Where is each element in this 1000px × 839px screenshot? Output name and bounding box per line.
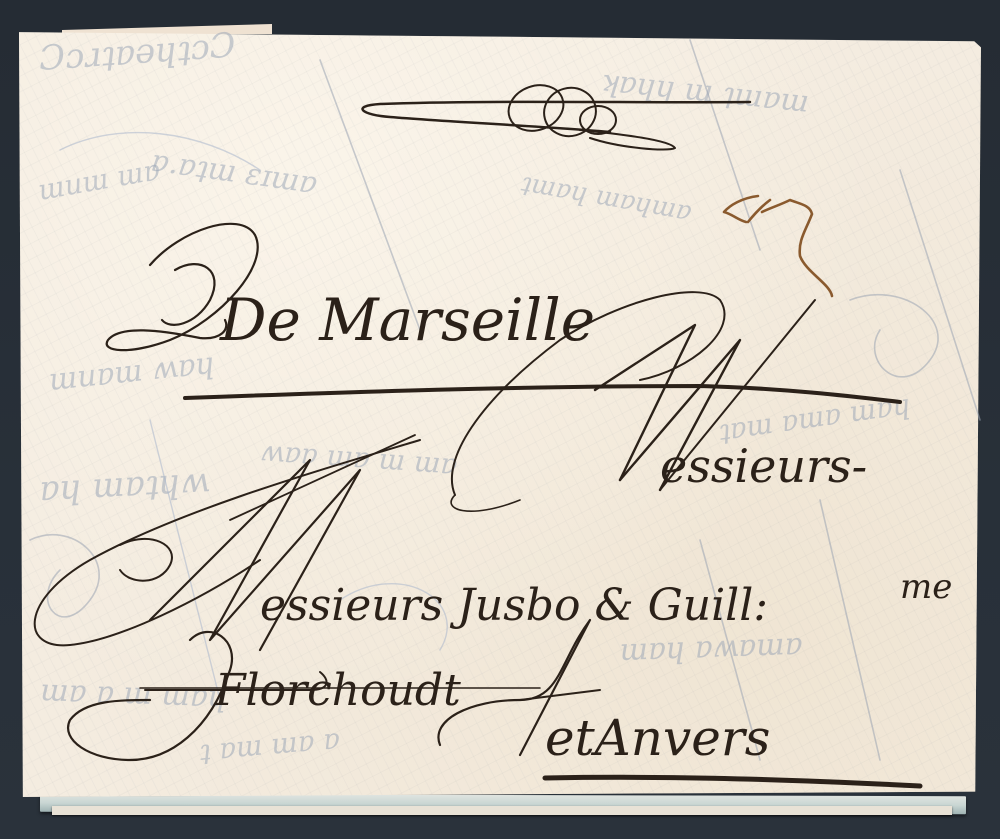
svg-text:ɯuɐɯ ʍɐɥ: ɯuɐɯ ʍɐɥ (47, 346, 216, 398)
svg-text:ɐɥ ɯɐʇɥʍ: ɐɥ ɯɐʇɥʍ (38, 460, 210, 509)
salutation-top-text: essieurs- (660, 439, 867, 493)
svg-text:ʇ ɐɯ ɯɐ ɐ: ʇ ɐɯ ɯɐ ɐ (198, 722, 341, 767)
rate-mark (724, 196, 832, 296)
handwriting-layer: ƆɔɹʇɐǝɥʇɔƆ ɐ.ɐʇɯ ɛɪɯɐ ʞɐɥɥ ɯ ʇɯɐɯ ɯuɯ ɯɐ… (0, 0, 1000, 839)
origin-text: De Marseille (219, 286, 595, 354)
svg-text:ʇɐɯ ɐɯɐ ɯɐɥ: ʇɐɯ ɐɯɐ ɯɐɥ (716, 387, 912, 447)
svg-text:ɯɐ ɐ ɯ ɯɐɥ: ɯɐ ɐ ɯ ɯɐɥ (40, 673, 228, 715)
addressee-line1-text: essieurs Jusbo & Guill: (260, 580, 768, 631)
origin-underline (185, 386, 900, 402)
addressee-line1-superscript: me (900, 567, 952, 607)
svg-text:ʞɐɥɥ ɯ ʇɯɐɯ: ʞɐɥɥ ɯ ʇɯɐɯ (599, 63, 811, 120)
photo-stage: ƆɔɹʇɐǝɥʇɔƆ ɐ.ɐʇɯ ɛɪɯɐ ʞɐɥɥ ɯ ʇɯɐɯ ɯuɯ ɯɐ… (0, 0, 1000, 839)
svg-text:ƆɔɹʇɐǝɥʇɔƆ: ƆɔɹʇɐǝɥʇɔƆ (38, 25, 237, 79)
origin-inscription: De Marseille (107, 224, 595, 354)
destination-text: etAnvers (545, 709, 770, 767)
svg-text:ʇɯɐɥ ɯɐɥɯɐ: ʇɯɐɥ ɯɐɥɯɐ (519, 167, 694, 227)
svg-text:ɐ.ɐʇɯ ɛɪɯɐ: ɐ.ɐʇɯ ɛɪɯɐ (149, 143, 320, 201)
svg-text:ɯuɯ ɯɐ: ɯuɯ ɯɐ (35, 153, 162, 207)
svg-text:ɯɐɥ ɐʍɐɯɐ: ɯɐɥ ɐʍɐɯɐ (619, 627, 803, 668)
addressee-line2-text: Florchoudt (214, 665, 461, 716)
destination-underline (545, 777, 920, 786)
bleed-through-text: ƆɔɹʇɐǝɥʇɔƆ ɐ.ɐʇɯ ɛɪɯɐ ʞɐɥɥ ɯ ʇɯɐɯ ɯuɯ ɯɐ… (35, 25, 912, 767)
